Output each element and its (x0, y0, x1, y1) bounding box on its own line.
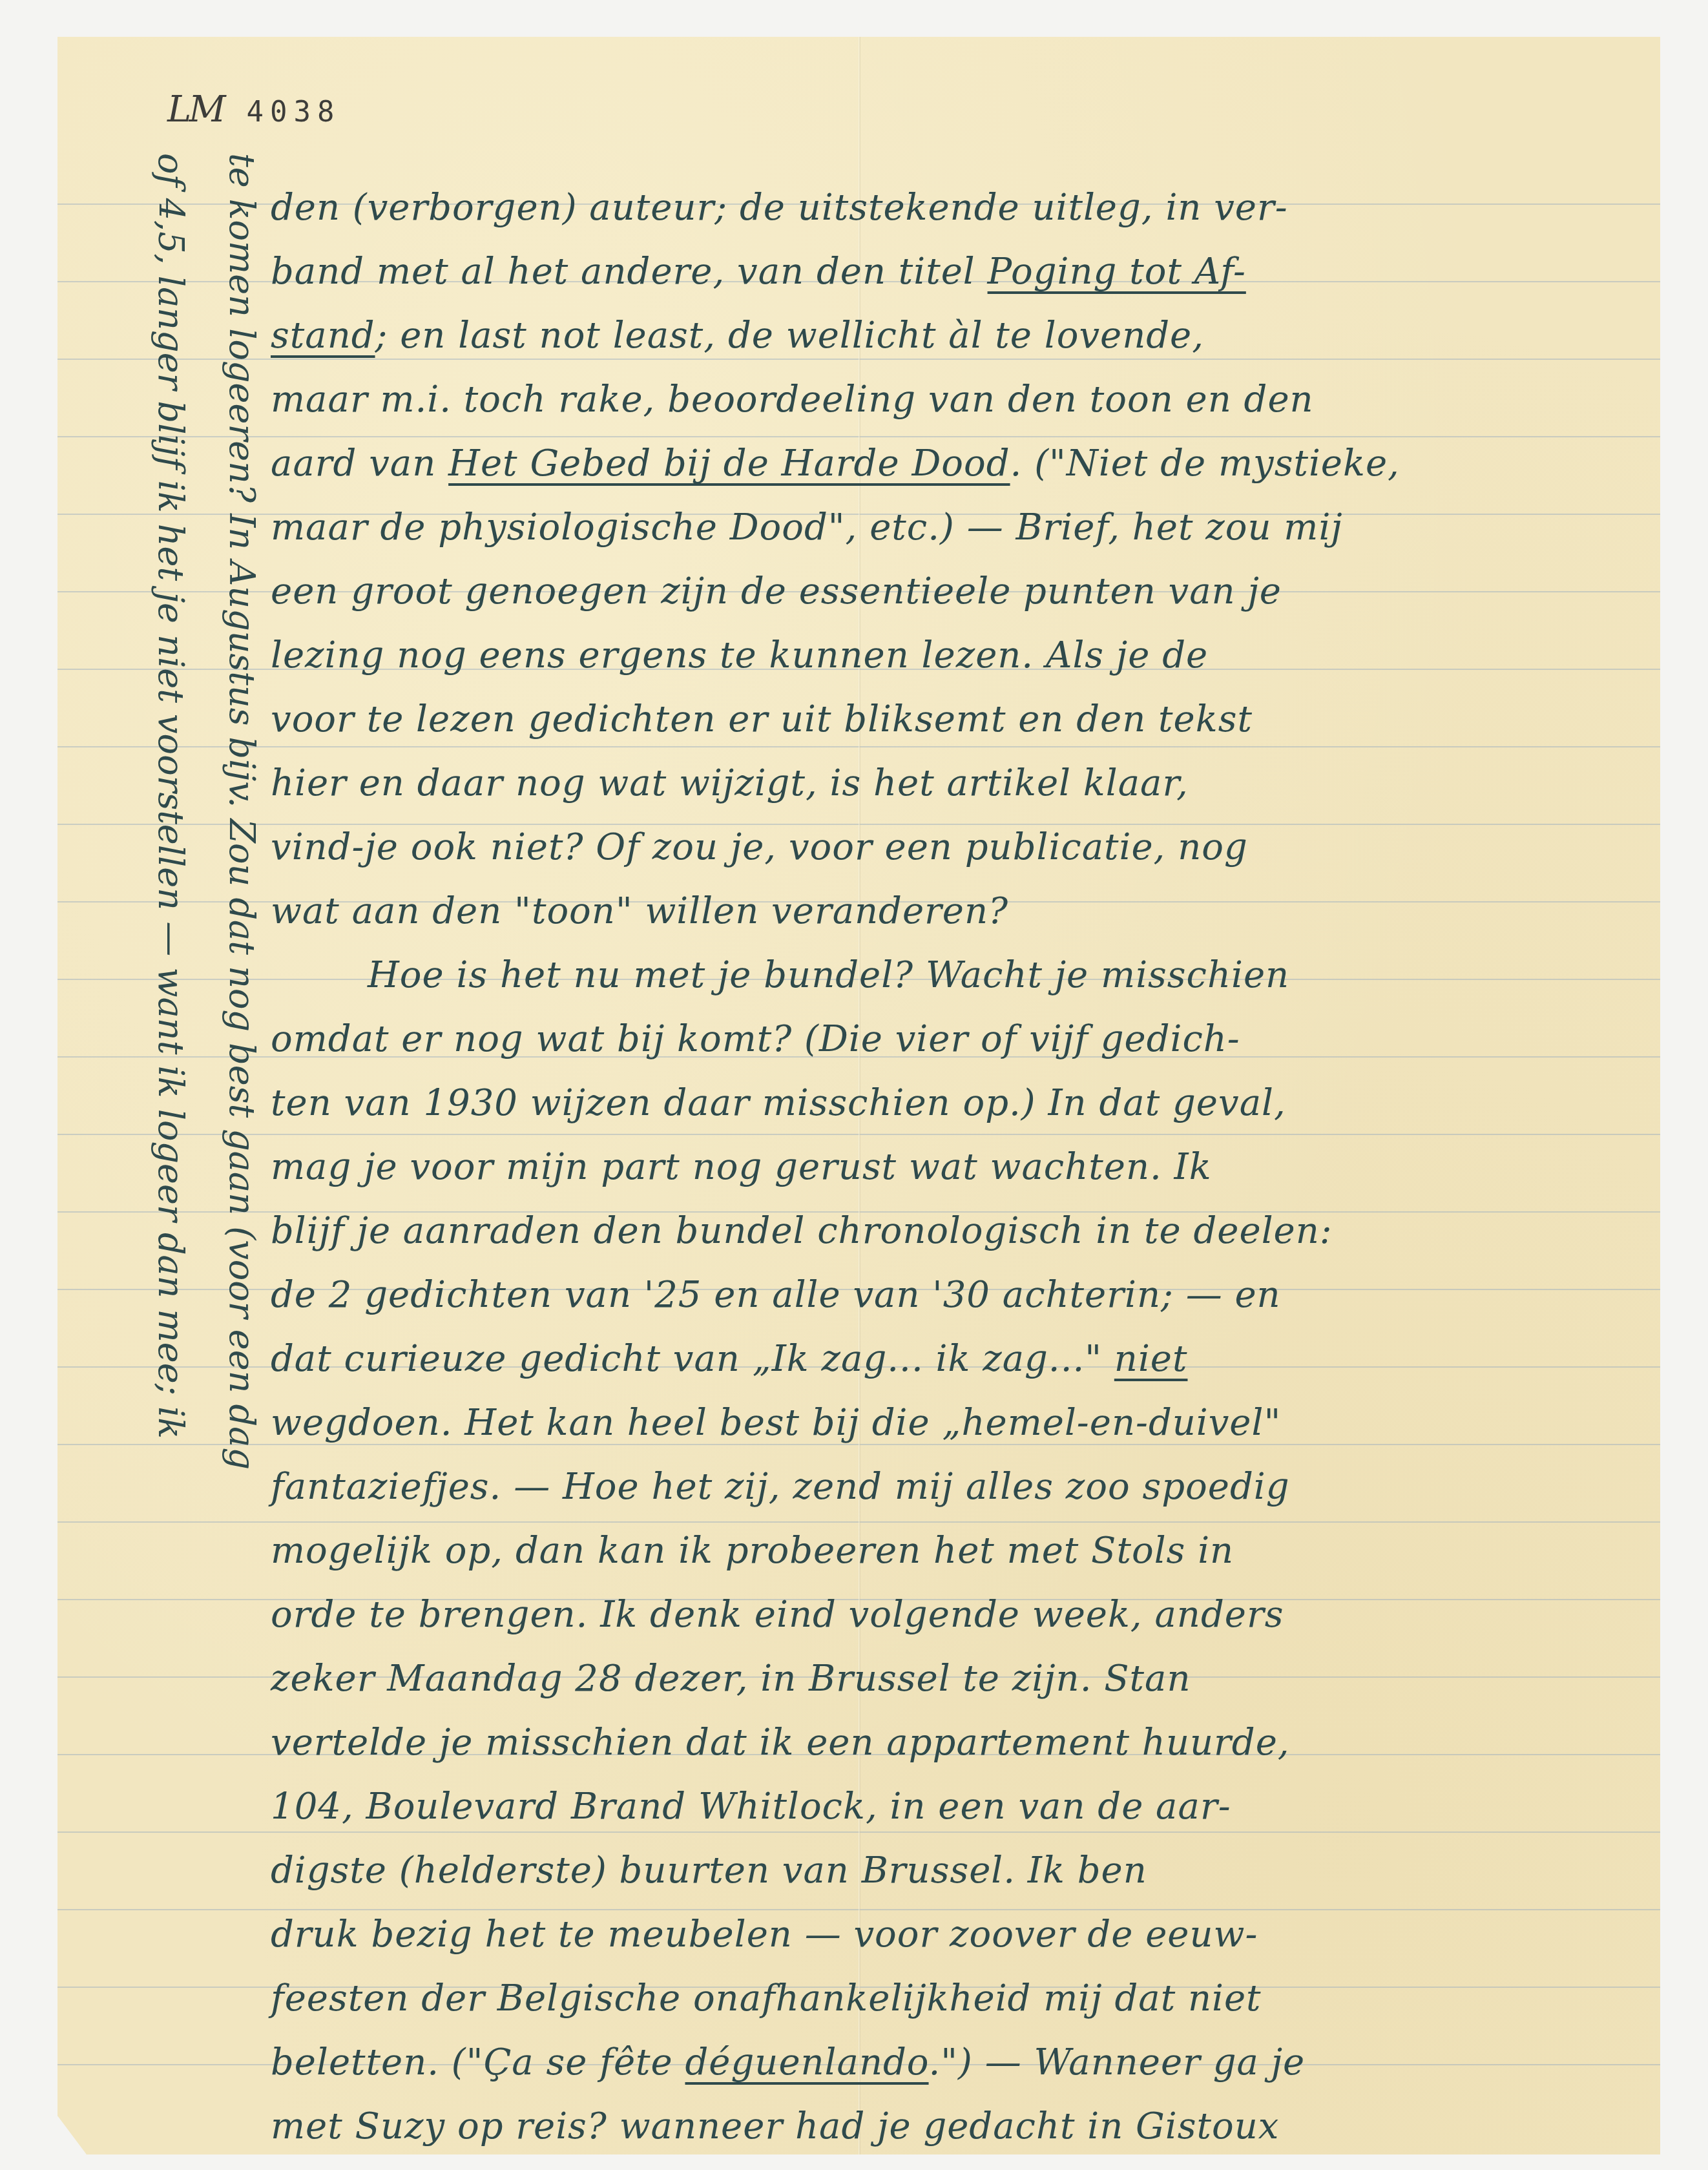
letter-line: mogelijk op, dan kan ik probeeren het me… (271, 1519, 1653, 1583)
letter-line: 104, Boulevard Brand Whitlock, in een va… (271, 1775, 1653, 1839)
letter-paper: LM 4038 te komen logeeren? In Augustus b… (57, 37, 1660, 2154)
archive-number: 4038 (247, 96, 341, 129)
letter-line: band met al het andere, van den titel Po… (271, 240, 1653, 304)
letter-line: de 2 gedichten van '25 en alle van '30 a… (271, 1263, 1653, 1327)
letter-line: dat curieuze gedicht van „Ik zag... ik z… (271, 1327, 1653, 1391)
letter-line: stand; en last not least, de wellicht àl… (271, 304, 1653, 368)
letter-line: aard van Het Gebed bij de Harde Dood. ("… (271, 432, 1653, 496)
letter-line: druk bezig het te meubelen — voor zoover… (271, 1903, 1653, 1967)
archive-stamp: LM 4038 (167, 89, 341, 130)
underlined-title: déguenlando (685, 2041, 929, 2083)
letter-line: voor te lezen gedichten er uit bliksemt … (271, 687, 1653, 751)
archive-logo-icon: LM (167, 89, 224, 130)
letter-line: vind-je ook niet? Of zou je, voor een pu… (271, 815, 1653, 879)
letter-line: vertelde je misschien dat ik een apparte… (271, 1711, 1653, 1775)
letter-line: lezing nog eens ergens te kunnen lezen. … (271, 623, 1653, 687)
underlined-title: stand (271, 315, 375, 357)
margin-note: te komen logeeren? In Augustus bijv. Zou… (109, 153, 277, 2143)
underlined-title: Poging tot Af- (988, 251, 1246, 293)
letter-line: ten van 1930 wijzen daar misschien op.) … (271, 1071, 1653, 1135)
letter-line: maar de physiologische Dood", etc.) — Br… (271, 496, 1653, 559)
underlined-title: niet (1114, 1338, 1188, 1380)
letter-body: den (verborgen) auteur; de uitstekende u… (271, 176, 1653, 2158)
margin-line: te komen logeeren? In Augustus bijv. Zou… (206, 153, 277, 2143)
letter-line: beletten. ("Ça se fête déguenlando.") — … (271, 2030, 1653, 2094)
letter-line: hier en daar nog wat wijzigt, is het art… (271, 751, 1653, 815)
letter-line: blijf je aanraden den bundel chronologis… (271, 1199, 1653, 1263)
letter-line: zeker Maandag 28 dezer, in Brussel te zi… (271, 1647, 1653, 1711)
letter-line: feesten der Belgische onafhankelijkheid … (271, 1967, 1653, 2030)
letter-line: orde te brengen. Ik denk eind volgende w… (271, 1583, 1653, 1647)
letter-line: met Suzy op reis? wanneer had je gedacht… (271, 2094, 1653, 2158)
letter-line: den (verborgen) auteur; de uitstekende u… (271, 176, 1653, 240)
letter-line: een groot genoegen zijn de essentieele p… (271, 559, 1653, 623)
letter-line: wat aan den "toon" willen veranderen? (271, 879, 1653, 943)
letter-line: omdat er nog wat bij komt? (Die vier of … (271, 1007, 1653, 1071)
underlined-title: Het Gebed bij de Harde Dood (448, 443, 1010, 485)
letter-line: maar m.i. toch rake, beoordeeling van de… (271, 368, 1653, 432)
letter-line: Hoe is het nu met je bundel? Wacht je mi… (271, 943, 1653, 1007)
letter-line: mag je voor mijn part nog gerust wat wac… (271, 1135, 1653, 1199)
margin-line: of 4,5, langer blijf ik het je niet voor… (135, 153, 206, 2143)
letter-line: fantaziefjes. — Hoe het zij, zend mij al… (271, 1455, 1653, 1519)
letter-line: digste (helderste) buurten van Brussel. … (271, 1839, 1653, 1903)
letter-line: wegdoen. Het kan heel best bij die „heme… (271, 1391, 1653, 1455)
